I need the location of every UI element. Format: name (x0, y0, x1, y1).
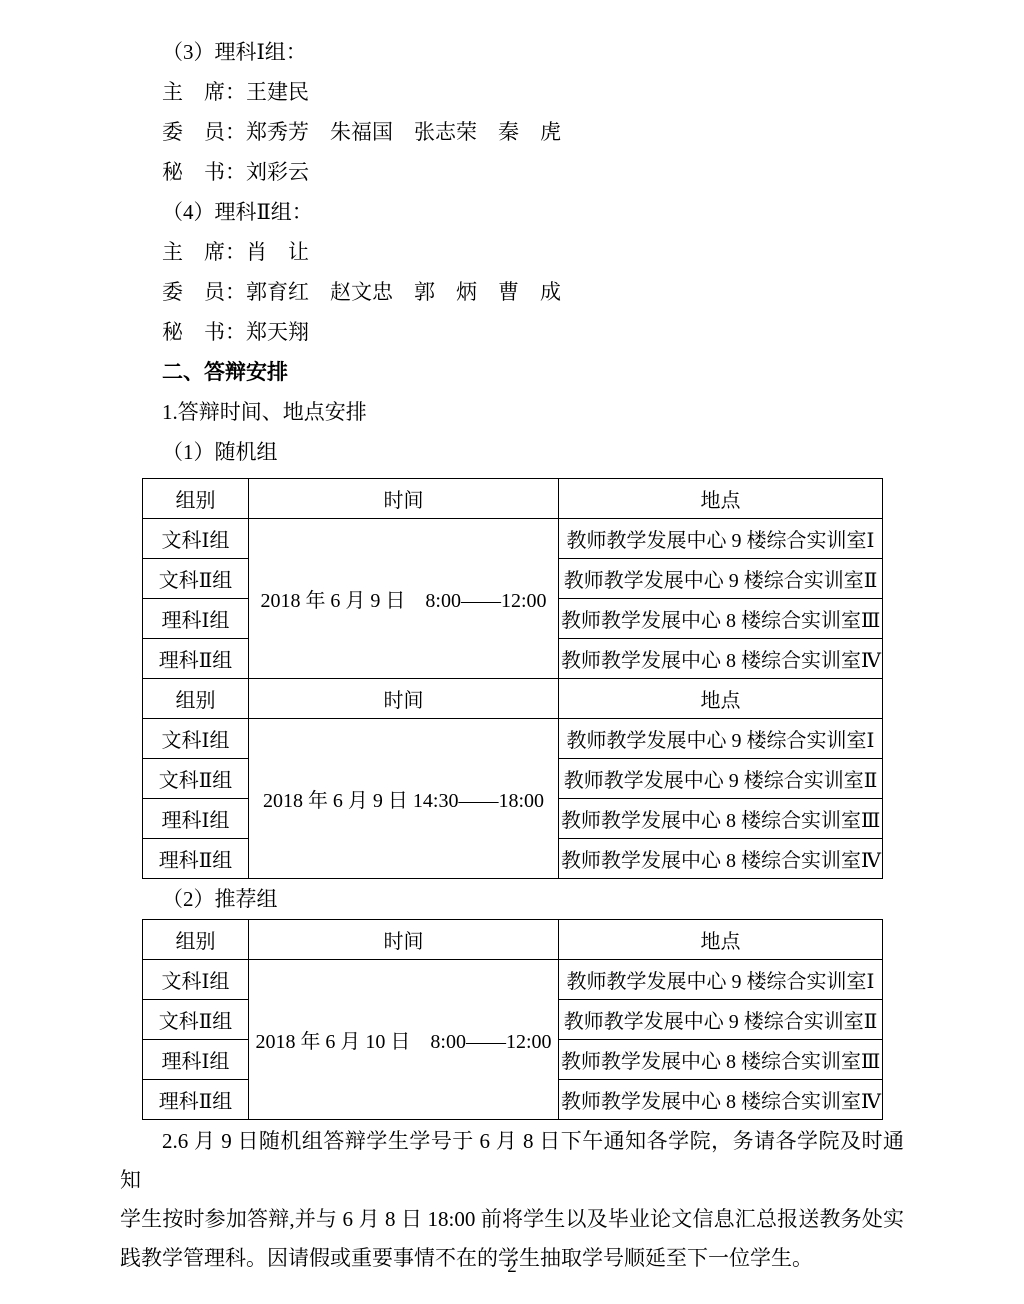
document-page: （3）理科Ⅰ组： 主 席：王建民 委 员：郑秀芳 朱福国 张志荣 秦 虎 秘 书… (0, 0, 1024, 1304)
time-cell: 2018 年 6 月 9 日 14:30——18:00 (249, 719, 559, 879)
location-cell: 教师教学发展中心 8 楼综合实训室Ⅲ (559, 599, 883, 639)
table-header-row: 组别 时间 地点 (143, 679, 883, 719)
section-title: 二、答辩安排 (120, 352, 904, 392)
location-cell: 教师教学发展中心 8 楼综合实训室Ⅲ (559, 1040, 883, 1080)
group-cell: 文科Ⅱ组 (143, 1000, 249, 1040)
document-content: （3）理科Ⅰ组： 主 席：王建民 委 员：郑秀芳 朱福国 张志荣 秦 虎 秘 书… (120, 32, 904, 1278)
group-cell: 理科Ⅱ组 (143, 639, 249, 679)
committee-3-chair: 主 席：王建民 (120, 72, 904, 112)
header-group: 组别 (143, 479, 249, 519)
location-cell: 教师教学发展中心 8 楼综合实训室Ⅳ (559, 839, 883, 879)
location-cell: 教师教学发展中心 8 楼综合实训室Ⅳ (559, 1080, 883, 1120)
committee-4-chair: 主 席：肖 让 (120, 232, 904, 272)
section-item-1: 1.答辩时间、地点安排 (120, 392, 904, 432)
committee-4-members: 委 员：郭育红 赵文忠 郭 炳 曹 成 (120, 272, 904, 312)
committee-3-heading: （3）理科Ⅰ组： (120, 32, 904, 72)
table-header-row: 组别 时间 地点 (143, 479, 883, 519)
note-line-2: 学生按时参加答辩,并与 6 月 8 日 18:00 前将学生以及毕业论文信息汇总… (120, 1200, 904, 1239)
header-location: 地点 (559, 679, 883, 719)
table-row: 文科Ⅰ组 2018 年 6 月 9 日 14:30——18:00 教师教学发展中… (143, 719, 883, 759)
group-cell: 理科Ⅱ组 (143, 839, 249, 879)
location-cell: 教师教学发展中心 9 楼综合实训室Ⅱ (559, 759, 883, 799)
committee-3-members: 委 员：郑秀芳 朱福国 张志荣 秦 虎 (120, 112, 904, 152)
group-cell: 文科Ⅱ组 (143, 759, 249, 799)
header-group: 组别 (143, 920, 249, 960)
committee-3-secretary: 秘 书：刘彩云 (120, 152, 904, 192)
committee-4-secretary: 秘 书：郑天翔 (120, 312, 904, 352)
group-recommended-label: （2）推荐组 (120, 879, 904, 919)
group-cell: 理科Ⅰ组 (143, 599, 249, 639)
time-cell: 2018 年 6 月 10 日 8:00——12:00 (249, 960, 559, 1120)
page-number: 2 (0, 1254, 1024, 1280)
table-header-row: 组别 时间 地点 (143, 920, 883, 960)
group-cell: 文科Ⅱ组 (143, 559, 249, 599)
header-location: 地点 (559, 479, 883, 519)
group-cell: 文科Ⅰ组 (143, 719, 249, 759)
random-group-table: 组别 时间 地点 文科Ⅰ组 2018 年 6 月 9 日 8:00——12:00… (142, 478, 883, 879)
table-row: 文科Ⅰ组 2018 年 6 月 9 日 8:00——12:00 教师教学发展中心… (143, 519, 883, 559)
location-cell: 教师教学发展中心 8 楼综合实训室Ⅳ (559, 639, 883, 679)
header-location: 地点 (559, 920, 883, 960)
location-cell: 教师教学发展中心 9 楼综合实训室Ⅰ (559, 719, 883, 759)
header-time: 时间 (249, 679, 559, 719)
group-cell: 理科Ⅰ组 (143, 1040, 249, 1080)
recommended-group-table: 组别 时间 地点 文科Ⅰ组 2018 年 6 月 10 日 8:00——12:0… (142, 919, 883, 1120)
time-cell: 2018 年 6 月 9 日 8:00——12:00 (249, 519, 559, 679)
location-cell: 教师教学发展中心 9 楼综合实训室Ⅰ (559, 960, 883, 1000)
location-cell: 教师教学发展中心 9 楼综合实训室Ⅱ (559, 559, 883, 599)
location-cell: 教师教学发展中心 9 楼综合实训室Ⅰ (559, 519, 883, 559)
location-cell: 教师教学发展中心 8 楼综合实训室Ⅲ (559, 799, 883, 839)
header-group: 组别 (143, 679, 249, 719)
location-cell: 教师教学发展中心 9 楼综合实训室Ⅱ (559, 1000, 883, 1040)
group-cell: 理科Ⅱ组 (143, 1080, 249, 1120)
committee-4-heading: （4）理科Ⅱ组： (120, 192, 904, 232)
group-cell: 理科Ⅰ组 (143, 799, 249, 839)
header-time: 时间 (249, 479, 559, 519)
table-row: 文科Ⅰ组 2018 年 6 月 10 日 8:00——12:00 教师教学发展中… (143, 960, 883, 1000)
group-cell: 文科Ⅰ组 (143, 960, 249, 1000)
group-cell: 文科Ⅰ组 (143, 519, 249, 559)
header-time: 时间 (249, 920, 559, 960)
note-line-1: 2.6 月 9 日随机组答辩学生学号于 6 月 8 日下午通知各学院，务请各学院… (120, 1122, 904, 1200)
group-random-label: （1）随机组 (120, 432, 904, 472)
